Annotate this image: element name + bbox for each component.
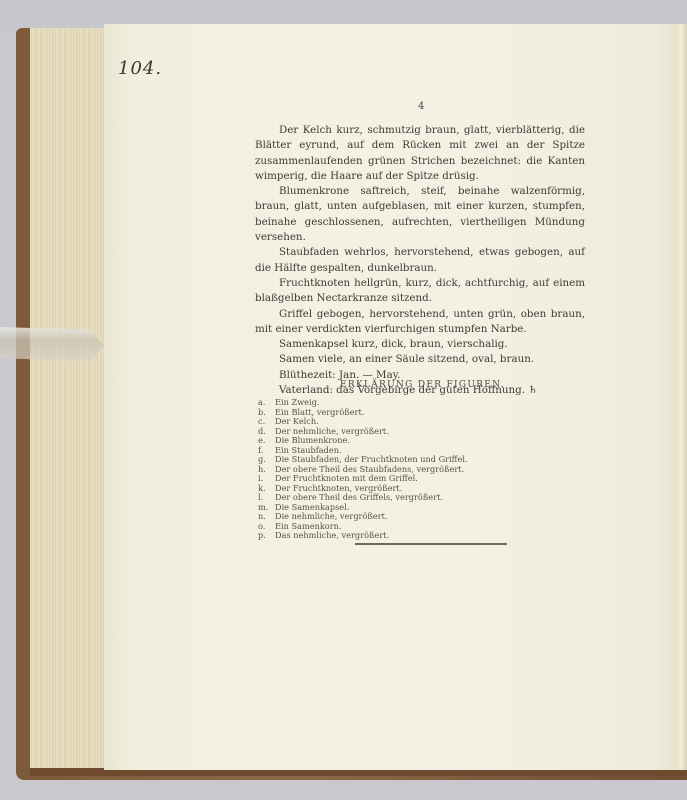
paragraph-kelch: Der Kelch kurz, schmutzig braun, glatt, … <box>255 123 585 184</box>
paragraph-samenkapsel: Samenkapsel kurz, dick, braun, vierschal… <box>255 337 585 352</box>
legend-letter: p. <box>258 531 275 541</box>
description-text: Der Kelch kurz, schmutzig braun, glatt, … <box>255 123 585 398</box>
handwritten-page-number: 104. <box>118 58 162 79</box>
paragraph-samen: Samen viele, an einer Säule sitzend, ova… <box>255 352 585 367</box>
glass-page-weight <box>0 327 104 361</box>
page-stack-edge <box>30 28 106 768</box>
paragraph-staubfaden: Staubfaden wehrlos, hervorstehend, etwas… <box>255 245 585 276</box>
paragraph-griffel: Griffel gebogen, hervorstehend, unten gr… <box>255 307 585 338</box>
paragraph-blumenkrone: Blumenkrone saftreich, steif, beinahe wa… <box>255 184 585 245</box>
end-rule <box>355 543 507 545</box>
legend-text: Das nehmliche, vergrößert. <box>275 531 389 541</box>
figures-legend: a.Ein Zweig. b.Ein Blatt, vergrößert. c.… <box>258 398 468 541</box>
paragraph-fruchtknoten: Fruchtknoten hellgrün, kurz, dick, achtf… <box>255 276 585 307</box>
page-right-edge <box>676 24 687 770</box>
signature-mark: 4 <box>418 101 424 112</box>
legend-item: p.Das nehmliche, vergrößert. <box>258 531 468 541</box>
figures-heading: ERKLÄRUNG DER FIGUREN. <box>340 380 505 390</box>
